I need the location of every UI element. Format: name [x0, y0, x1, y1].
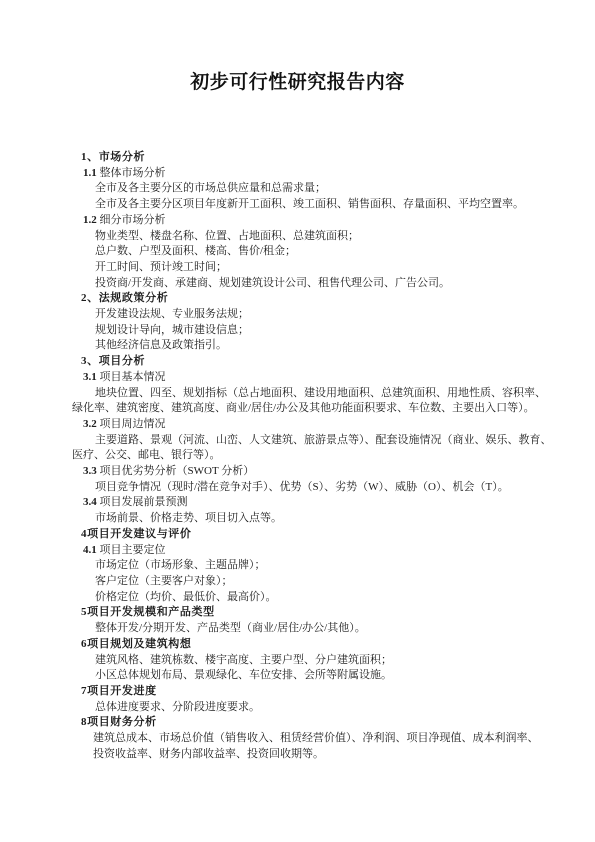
paragraph-line: 项目竞争情况（现时/潜在竞争对手）、优势（S）、劣势（W）、威胁（O）、机会（T…	[95, 480, 527, 496]
paragraph-line: 市场定位（市场形象、主题品牌）；	[95, 558, 527, 574]
subsection-heading: 1.2 细分市场分析	[83, 213, 527, 229]
subsection-label: 细分市场分析	[100, 214, 166, 226]
paragraph-line: 建筑风格、建筑栋数、楼宇高度、主要户型、分户建筑面积；	[95, 653, 527, 669]
paragraph-line: 开发建设法规、专业服务法规；	[95, 307, 527, 323]
paragraph-line: 总体进度要求、分阶段进度要求。	[95, 700, 527, 716]
document-page: 初步可行性研究报告内容 1、市场分析1.1 整体市场分析全市及各主要分区的市场总…	[0, 0, 595, 842]
paragraph-continuation: 医疗、公交、邮电、银行等）。	[72, 448, 527, 464]
paragraph-line: 开工时间、预计竣工时间；	[95, 260, 527, 276]
paragraph-line: 地块位置、四至、规划指标（总占地面积、建设用地面积、总建筑面积、用地性质、容积率…	[95, 386, 527, 402]
subsection-label: 整体市场分析	[100, 167, 166, 179]
paragraph-line: 主要道路、景观（河流、山峦、人文建筑、旅游景点等）、配套设施情况（商业、娱乐、教…	[95, 433, 527, 449]
subsection-label: 项目基本情况	[100, 371, 166, 383]
paragraph-line: 投资收益率、财务内部收益率、投资回收期等。	[93, 747, 527, 763]
subsection-heading: 4.1 项目主要定位	[83, 543, 527, 559]
section-heading: 7项目开发进度	[81, 684, 527, 700]
document-title: 初步可行性研究报告内容	[0, 71, 595, 95]
paragraph-line: 规划设计导向，城市建设信息；	[95, 323, 527, 339]
paragraph-line: 价格定位（均价、最低价、最高价）。	[95, 590, 527, 606]
subsection-heading: 3.4 项目发展前景预测	[83, 495, 527, 511]
paragraph-line: 物业类型、楼盘名称、位置、占地面积、总建筑面积；	[95, 229, 527, 245]
paragraph-line: 整体开发/分期开发、产品类型（商业/居住/办公/其他）。	[95, 621, 527, 637]
subsection-number: 4.1	[83, 544, 97, 556]
subsection-number: 3.4	[83, 496, 97, 508]
paragraph-line: 全市及各主要分区的市场总供应量和总需求量；	[95, 181, 527, 197]
subsection-number: 1.1	[83, 167, 97, 179]
section-heading: 1、市场分析	[81, 150, 527, 166]
section-heading: 4项目开发建议与评价	[81, 527, 527, 543]
section-heading: 6项目规划及建筑构想	[81, 637, 527, 653]
paragraph-line: 小区总体规划布局、景观绿化、车位安排、会所等附属设施。	[95, 668, 527, 684]
subsection-number: 3.1	[83, 371, 97, 383]
subsection-label: 项目发展前景预测	[100, 496, 188, 508]
subsection-label: 项目周边情况	[100, 418, 166, 430]
document-body: 1、市场分析1.1 整体市场分析全市及各主要分区的市场总供应量和总需求量；全市及…	[72, 150, 527, 762]
section-heading: 3、项目分析	[81, 354, 527, 370]
paragraph-line: 投资商/开发商、承建商、规划建筑设计公司、租售代理公司、广告公司。	[95, 276, 527, 292]
section-heading: 2、法规政策分析	[81, 291, 527, 307]
subsection-heading: 3.3 项目优劣势分析（SWOT 分析）	[83, 464, 527, 480]
paragraph-line: 全市及各主要分区项目年度新开工面积、竣工面积、销售面积、存量面积、平均空置率。	[95, 197, 527, 213]
subsection-number: 3.3	[83, 465, 97, 477]
subsection-heading: 3.2 项目周边情况	[83, 417, 527, 433]
paragraph-line: 市场前景、价格走势、项目切入点等。	[95, 511, 527, 527]
paragraph-line: 总户数、户型及面积、楼高、售价/租金；	[95, 244, 527, 260]
paragraph-line: 其他经济信息及政策指引。	[95, 338, 527, 354]
subsection-label: 项目优劣势分析（SWOT 分析）	[100, 465, 255, 477]
section-heading: 5项目开发规模和产品类型	[81, 605, 527, 621]
subsection-number: 1.2	[83, 214, 97, 226]
paragraph-line: 客户定位（主要客户对象）；	[95, 574, 527, 590]
paragraph-continuation: 绿化率、建筑密度、建筑高度、商业/居住/办公及其他功能面积要求、车位数、主要出入…	[72, 401, 527, 417]
subsection-number: 3.2	[83, 418, 97, 430]
subsection-heading: 1.1 整体市场分析	[83, 166, 527, 182]
paragraph-line: 建筑总成本、市场总价值（销售收入、租赁经营价值）、净利润、项目净现值、成本利润率…	[93, 731, 527, 747]
subsection-heading: 3.1 项目基本情况	[83, 370, 527, 386]
section-heading: 8项目财务分析	[81, 715, 527, 731]
subsection-label: 项目主要定位	[100, 544, 166, 556]
